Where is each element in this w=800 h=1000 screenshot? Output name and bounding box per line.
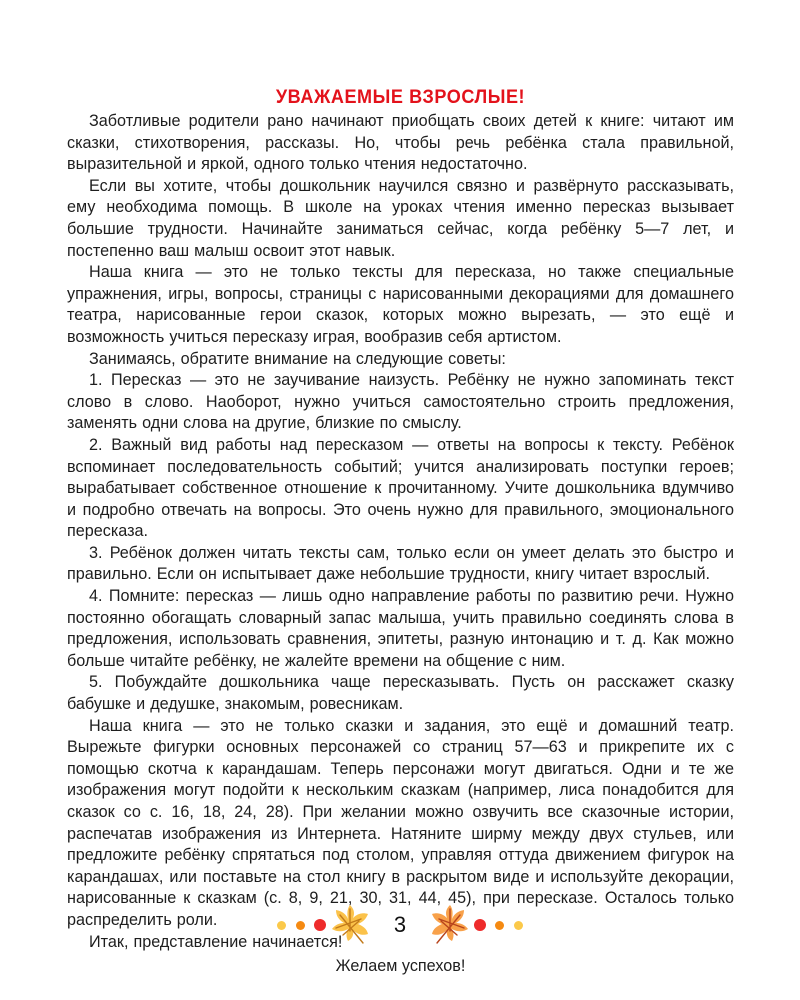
dot-icon xyxy=(296,921,305,930)
advice-item-2: 2. Важный вид работы над пересказом — от… xyxy=(67,435,734,543)
advice-item-5: 5. Побуждайте дошкольника чаще пересказы… xyxy=(67,672,734,715)
advice-item-3: 3. Ребёнок должен читать тексты сам, тол… xyxy=(67,543,734,586)
paragraph-advice-intro: Занимаясь, обратите внимание на следующи… xyxy=(67,349,734,371)
page-footer: 3 xyxy=(0,897,800,953)
advice-item-4: 4. Помните: пересказ — лишь одно направл… xyxy=(67,586,734,672)
dot-icon xyxy=(495,921,504,930)
page-title: УВАЖАЕМЫЕ ВЗРОСЛЫЕ! xyxy=(84,86,718,110)
advice-item-1: 1. Пересказ — это не заучивание наизусть… xyxy=(67,370,734,435)
dot-icon xyxy=(277,921,286,930)
dot-icon xyxy=(474,919,486,931)
dot-icon xyxy=(314,919,326,931)
dot-icon xyxy=(514,921,523,930)
paragraph-book: Наша книга — это не только тексты для пе… xyxy=(67,262,734,348)
maple-leaf-icon xyxy=(428,901,472,949)
signoff: Желаем успехов! xyxy=(67,956,734,978)
paragraph-intro: Заботливые родители рано начинают приобщ… xyxy=(67,111,734,176)
paragraph-help: Если вы хотите, чтобы дошкольник научилс… xyxy=(67,176,734,262)
maple-leaf-icon xyxy=(328,901,372,949)
page-number: 3 xyxy=(394,912,406,938)
document-page: УВАЖАЕМЫЕ ВЗРОСЛЫЕ! Заботливые родители … xyxy=(67,86,734,994)
